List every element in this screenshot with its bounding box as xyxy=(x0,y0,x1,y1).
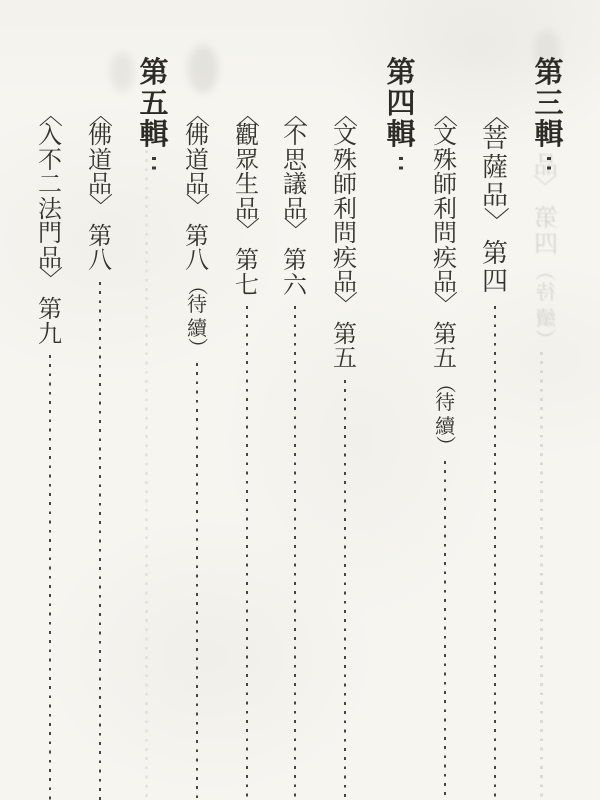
section-heading-volume-3: 第三輯 xyxy=(531,57,567,170)
section-heading-label: 第三輯 xyxy=(534,57,563,170)
toc-entry-fodao-pin-continued: 〈佛道品〉第八（待續） xyxy=(179,107,215,800)
entry-title: 〈入不二法門品〉第九 xyxy=(38,107,62,346)
toc-entry-guan-zhongsheng-pin: 〈觀眾生品〉第七 xyxy=(229,107,265,800)
dot-leader xyxy=(246,306,249,800)
showthrough-dot-leader xyxy=(540,352,543,800)
showthrough-text: 品〉第四（待續） xyxy=(528,152,564,347)
scan-smudge xyxy=(110,52,134,92)
scan-smudge xyxy=(188,45,218,93)
entry-title: 〈佛道品〉第八 xyxy=(88,107,112,273)
dot-leader xyxy=(294,306,297,800)
section-heading-volume-4: 第四輯 xyxy=(383,57,419,170)
toc-page: 品〉第四（待續） 第三輯 〈菩薩品〉第四 〈文殊師利問疾品〉第五（待續） 第四輯… xyxy=(0,0,600,800)
showthrough-dot-leader xyxy=(145,150,148,800)
section-heading-label: 第五輯 xyxy=(139,57,168,170)
toc-entry-rubuer-famen-pin: 〈入不二法門品〉第九 xyxy=(32,107,68,800)
entry-title: 〈觀眾生品〉第七 xyxy=(235,107,259,297)
entry-title: 〈文殊師利問疾品〉第五（待續） xyxy=(433,107,457,452)
dot-leader xyxy=(444,461,447,800)
dot-leader xyxy=(49,355,52,800)
dot-leader xyxy=(344,380,347,800)
entry-title: 〈文殊師利問疾品〉第五 xyxy=(333,107,357,371)
toc-entry-wenshu-wenji-pin-continued: 〈文殊師利問疾品〉第五（待續） xyxy=(427,107,463,800)
toc-entry-wenshu-wenji-pin: 〈文殊師利問疾品〉第五 xyxy=(327,107,363,800)
section-heading-label: 第四輯 xyxy=(386,57,415,170)
entry-title: 〈菩薩品〉第四 xyxy=(482,107,508,297)
toc-entry-busiyi-pin: 〈不思議品〉第六 xyxy=(277,107,313,800)
entry-title: 〈佛道品〉第八（待續） xyxy=(185,107,209,354)
dot-leader xyxy=(196,363,199,800)
toc-entry-pusa-pin: 〈菩薩品〉第四 xyxy=(477,107,513,800)
dot-leader xyxy=(99,282,102,800)
section-heading-volume-5: 第五輯 xyxy=(136,57,172,170)
toc-entry-fodao-pin: 〈佛道品〉第八 xyxy=(82,107,118,800)
dot-leader xyxy=(494,306,497,800)
entry-title: 〈不思議品〉第六 xyxy=(283,107,307,297)
showthrough-text-column: 品〉第四（待續） xyxy=(528,152,564,347)
